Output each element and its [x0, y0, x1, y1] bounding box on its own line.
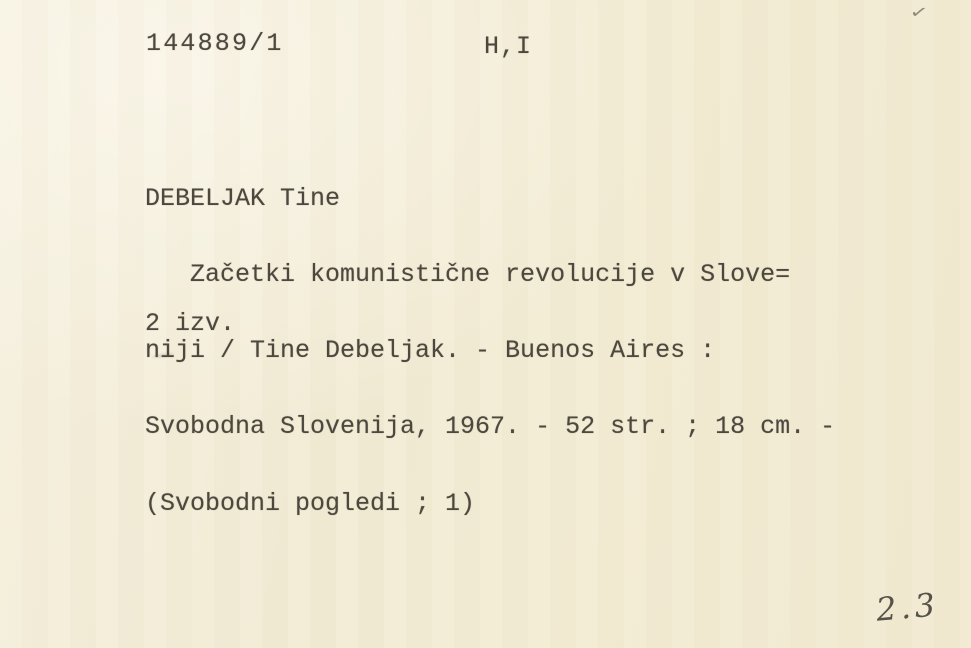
catalog-card: 144889/1 H,I ✓ DEBELJAK Tine Začetki kom…	[0, 0, 971, 648]
copies-note: 2 izv.	[145, 311, 235, 336]
handwritten-number: 2.3	[874, 585, 940, 628]
entry-line-heading: DEBELJAK Tine	[145, 186, 835, 211]
checkmark-icon: ✓	[910, 0, 928, 24]
bibliographic-entry: DEBELJAK Tine Začetki komunistične revol…	[145, 135, 835, 567]
classification-code: H,I	[484, 34, 532, 59]
entry-line: Začetki komunistične revolucije v Slove=	[145, 262, 835, 287]
entry-line: (Svobodni pogledi ; 1)	[145, 491, 835, 516]
entry-line: niji / Tine Debeljak. - Buenos Aires :	[145, 338, 835, 363]
call-number: 144889/1	[146, 31, 284, 56]
entry-line: Svobodna Slovenija, 1967. - 52 str. ; 18…	[145, 414, 835, 439]
